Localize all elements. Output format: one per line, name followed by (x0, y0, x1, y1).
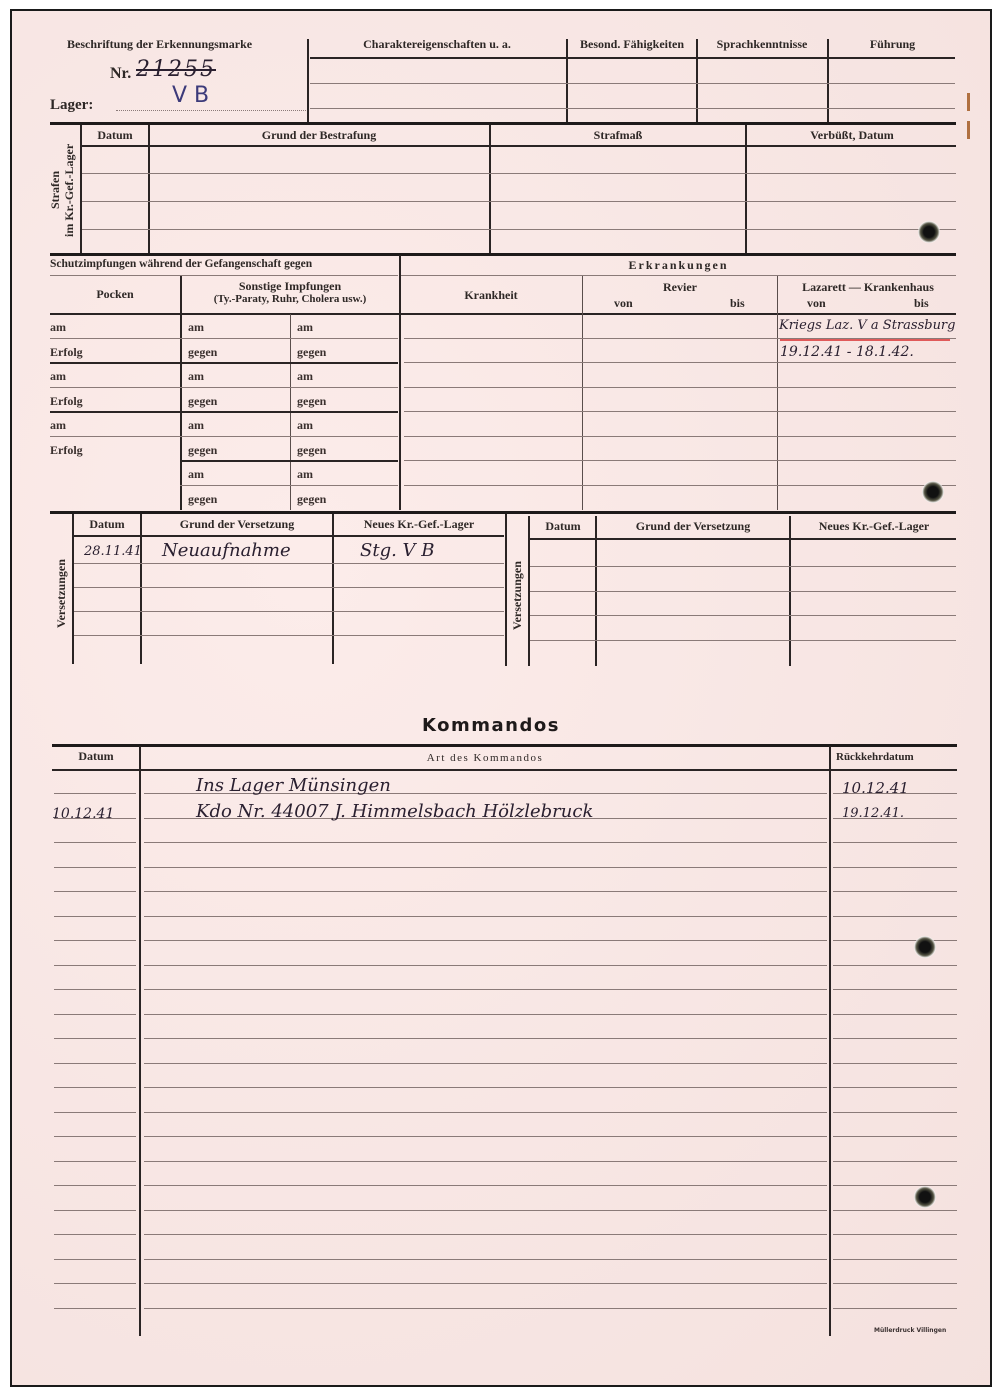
impfungen-header-rule (50, 313, 956, 315)
kommandos-rule (54, 891, 136, 892)
kommandos-rule (54, 989, 136, 990)
kommandos-rule (144, 842, 827, 843)
kommandos-divider (829, 746, 831, 1336)
sonstige-cell: am (297, 320, 313, 335)
kommandos-rule (833, 1112, 957, 1113)
erkrankungen-rule (401, 275, 956, 276)
pocken-row: am (50, 418, 66, 433)
erkrankungen-rule (404, 460, 956, 461)
erkennungsmarke-label: Beschriftung der Erkennungsmarke (67, 37, 252, 52)
versetzungen-rule (74, 563, 504, 564)
sonstige-cell: am (188, 320, 204, 335)
erkrankungen-rule (404, 436, 956, 437)
kommandos-rule (54, 940, 136, 941)
kommandos-rule (144, 1112, 827, 1113)
pocken-label: Pocken (50, 287, 180, 302)
header-rule (310, 83, 955, 84)
kommandos-rule (54, 1136, 136, 1137)
header-rule (310, 108, 955, 109)
impfungen-rule (50, 362, 398, 364)
strafen-side-label-2: im Kr.-Gef.-Lager (62, 143, 76, 236)
sonstige-cell: am (297, 369, 313, 384)
red-underline (780, 339, 950, 341)
kommandos-rule (144, 965, 827, 966)
sonstige-cell: gegen (297, 492, 326, 507)
kommandos-rule (144, 1210, 827, 1211)
kommandos-rule (833, 1038, 957, 1039)
kommandos-rule (54, 1087, 136, 1088)
document-page: Beschriftung der Erkennungsmarke Nr. 212… (10, 9, 992, 1387)
impfungen-rule (180, 460, 398, 462)
lager-value: V B (172, 83, 209, 108)
pocken-row: Erfolg (50, 394, 83, 409)
sonstige-cell: gegen (188, 345, 217, 360)
versetzungen-right-col-datum: Datum (530, 519, 596, 534)
kommandos-col-datum: Datum (52, 749, 140, 764)
kommandos-rule (54, 867, 136, 868)
lazarett-label: Lazarett — Krankenhaus (779, 280, 957, 295)
erkrankungen-title: Erkrankungen (401, 258, 956, 273)
strafen-side-label-1: Strafen (48, 171, 62, 209)
versetzungen-rule (530, 615, 956, 616)
sonstige-cell: gegen (297, 443, 326, 458)
versetzungen-rule (74, 587, 504, 588)
sonstige-cell: am (297, 467, 313, 482)
kommandos-rule (833, 1259, 957, 1260)
sonstige-cell: gegen (297, 394, 326, 409)
pocken-row: am (50, 369, 66, 384)
kommandos-rule (833, 891, 957, 892)
erkrankungen-rule (404, 387, 956, 388)
kommandos-rule (54, 1210, 136, 1211)
versetzungen-rule (74, 535, 504, 537)
kommandos-rule (833, 1283, 957, 1284)
lager-label: Lager: (50, 97, 93, 114)
pocken-row: Erfolg (50, 443, 83, 458)
strafen-rule (82, 229, 956, 230)
impfungen-rule (50, 411, 398, 413)
versetzungen-right-col-grund: Grund der Versetzung (597, 519, 789, 534)
impfungen-title: Schutzimpfungen während der Gefangenscha… (50, 258, 312, 270)
kommandos-rule (144, 1234, 827, 1235)
kommandos-rule (833, 1014, 957, 1015)
header-col-faehigkeiten: Besond. Fähigkeiten (568, 37, 696, 52)
kommandos-rule (54, 1038, 136, 1039)
sonstige-cell: gegen (297, 345, 326, 360)
versetzungen-left-col-datum: Datum (74, 517, 140, 532)
kommandos-rule (833, 989, 957, 990)
versetzungen-rule (530, 591, 956, 592)
kommandos-rule (144, 1063, 827, 1064)
kommandos-rule (833, 1308, 957, 1309)
kommandos-rule (833, 1063, 957, 1064)
kommandos-col-art: Art des Kommandos (142, 752, 828, 764)
kommandos-title: Kommandos (422, 715, 560, 736)
printer-imprint: Müllerdruck Villingen (874, 1327, 946, 1334)
sonstige-cell: am (297, 418, 313, 433)
punch-hole (914, 1186, 936, 1208)
impfungen-rule (50, 275, 398, 276)
kommandos-rule (144, 1136, 827, 1137)
kommandos-rule (833, 916, 957, 917)
kommandos-rule (54, 1185, 136, 1186)
kommandos-rule (144, 891, 827, 892)
strafen-rule (82, 145, 956, 147)
versetzungen-rule (530, 538, 956, 540)
kommandos-rule (54, 1308, 136, 1309)
versetzung-datum: 28.11.41 (84, 544, 142, 559)
kommando-art: Kdo Nr. 44007 J. Himmelsbach Hölzlebruck (196, 801, 593, 822)
versetzungen-side-label-left: Versetzungen (54, 526, 69, 661)
kommandos-rule (54, 1112, 136, 1113)
kommandos-rule (833, 1185, 957, 1186)
versetzungen-side-label-right: Versetzungen (510, 531, 525, 661)
kommandos-rule (54, 793, 136, 794)
kommandos-rule (54, 1063, 136, 1064)
kommandos-rule (54, 1259, 136, 1260)
revier-von: von (614, 296, 633, 311)
kommandos-rule (144, 1283, 827, 1284)
strafen-col-datum: Datum (82, 128, 148, 143)
impfungen-divider (180, 276, 182, 510)
kommando-art: Ins Lager Münsingen (196, 775, 391, 796)
erkrankungen-rule (404, 485, 956, 486)
nr-value: 21255 (136, 57, 216, 82)
strafen-col-verbuesst: Verbüßt, Datum (747, 128, 957, 143)
impfungen-rule (180, 485, 398, 486)
kommandos-rule (144, 1038, 827, 1039)
kommandos-rule (833, 867, 957, 868)
kommandos-rule (54, 1014, 136, 1015)
erkrankungen-divider (777, 276, 778, 510)
revier-bis: bis (730, 296, 745, 311)
lazarett-dates: 19.12.41 - 18.1.42. (780, 344, 914, 360)
kommandos-rule (144, 1014, 827, 1015)
kommandos-rule (833, 965, 957, 966)
kommandos-rule (54, 1161, 136, 1162)
versetzungen-divider (505, 514, 507, 666)
kommandos-rule (144, 940, 827, 941)
kommandos-rule (833, 842, 957, 843)
sonstige-cell: am (188, 418, 204, 433)
kommandos-rule (144, 989, 827, 990)
kommando-rueckkehr: 10.12.41 (842, 779, 909, 797)
versetzung-lager: Stg. V B (360, 540, 434, 561)
sonstige-label: Sonstige Impfungen (182, 279, 398, 294)
kommandos-rule (144, 916, 827, 917)
kommandos-col-rueckkehr: Rückkehrdatum (836, 751, 914, 763)
margin-mark (967, 121, 970, 139)
kommandos-header-rule (52, 769, 957, 771)
versetzungen-rule (74, 611, 504, 612)
lazarett-bis: bis (914, 296, 929, 311)
kommando-datum: 10.12.41 (52, 806, 114, 822)
punch-hole (922, 481, 944, 503)
header-divider (307, 39, 309, 122)
punch-hole (918, 221, 940, 243)
section-rule (50, 511, 956, 514)
sonstige-cell: gegen (188, 443, 217, 458)
sonstige-sub: (Ty.-Paraty, Ruhr, Cholera usw.) (182, 293, 398, 305)
pocken-row: am (50, 320, 66, 335)
kommandos-rule (144, 867, 827, 868)
kommandos-rule (144, 1308, 827, 1309)
lazarett-von: von (807, 296, 826, 311)
strafen-col-grund: Grund der Bestrafung (150, 128, 488, 143)
sonstige-cell: gegen (188, 492, 217, 507)
header-col-charakter: Charaktereigenschaften u. a. (312, 37, 562, 52)
sonstige-cell: am (188, 369, 204, 384)
section-rule (50, 253, 956, 256)
kommandos-divider (139, 746, 141, 1336)
sonstige-cell: am (188, 467, 204, 482)
section-rule (50, 122, 956, 125)
krankheit-label: Krankheit (401, 288, 581, 303)
kommandos-rule (144, 1161, 827, 1162)
pocken-row: Erfolg (50, 345, 83, 360)
revier-label: Revier (584, 280, 776, 295)
erkrankungen-rule (404, 362, 956, 363)
kommandos-rule (833, 1210, 957, 1211)
lazarett-entry: Kriegs Laz. V a Strassburg (779, 318, 955, 333)
strafen-rule (82, 173, 956, 174)
kommandos-rule (54, 842, 136, 843)
kommandos-rule (54, 965, 136, 966)
versetzungen-left-col-grund: Grund der Versetzung (142, 517, 332, 532)
impfungen-rule (50, 436, 398, 437)
nr-label: Nr. (110, 65, 131, 83)
header-col-fuehrung: Führung (830, 37, 955, 52)
versetzung-grund: Neuaufnahme (162, 540, 291, 561)
impfungen-rule (50, 387, 398, 388)
erkrankungen-rule (404, 411, 956, 412)
kommandos-rule (144, 1259, 827, 1260)
kommandos-rule (833, 1234, 957, 1235)
kommandos-rule (144, 1087, 827, 1088)
kommandos-rule (54, 1234, 136, 1235)
versetzungen-rule (74, 635, 504, 636)
kommandos-rule (54, 1283, 136, 1284)
versetzungen-rule (530, 640, 956, 641)
versetzungen-right-col-lager: Neues Kr.-Gef.-Lager (791, 519, 957, 534)
strafen-rule (82, 201, 956, 202)
margin-mark (967, 93, 970, 111)
kommandos-rule (54, 916, 136, 917)
punch-hole (914, 936, 936, 958)
kommando-rueckkehr: 19.12.41. (842, 806, 904, 821)
lager-dotted-line (116, 110, 306, 111)
header-divider (827, 39, 829, 122)
header-rule (310, 57, 955, 59)
strafen-side-label: Strafen im Kr.-Gef.-Lager (48, 127, 76, 253)
versetzungen-left-col-lager: Neues Kr.-Gef.-Lager (334, 517, 504, 532)
versetzungen-rule (530, 566, 956, 567)
kommandos-rule (833, 940, 957, 941)
kommandos-top-rule (52, 744, 957, 747)
erkrankungen-divider (582, 276, 583, 510)
header-col-sprachkenntnisse: Sprachkenntnisse (698, 37, 826, 52)
kommandos-rule (144, 1185, 827, 1186)
impfungen-rule (50, 338, 398, 339)
strafen-col-strafmass: Strafmaß (491, 128, 745, 143)
kommandos-rule (833, 1161, 957, 1162)
kommandos-rule (833, 1087, 957, 1088)
sonstige-cell: gegen (188, 394, 217, 409)
kommandos-rule (833, 1136, 957, 1137)
